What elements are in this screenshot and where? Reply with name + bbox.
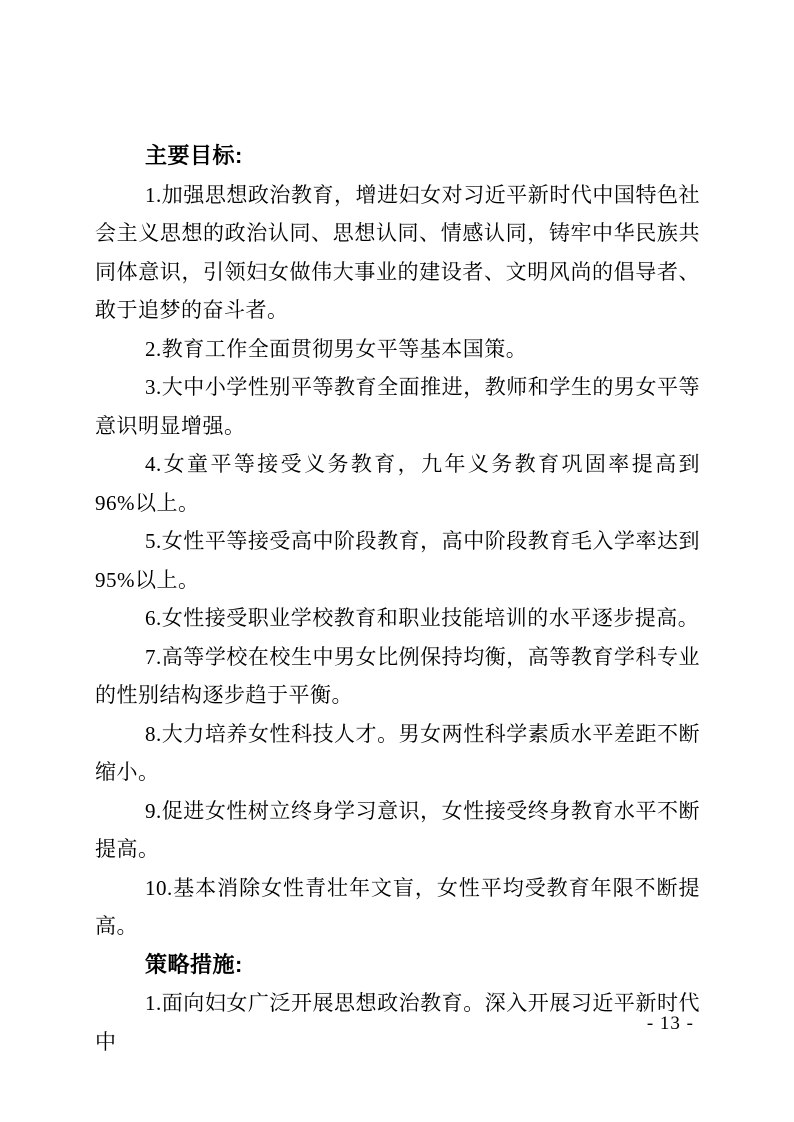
goal-item-4: 4.女童平等接受义务教育，九年义务教育巩固率提高到 96%以上。	[95, 445, 700, 522]
page-number: - 13 -	[647, 1012, 694, 1036]
goal-item-8: 8.大力培养女性科技人才。男女两性科学素质水平差距不断缩小。	[95, 715, 700, 792]
document-body: 主要目标: 1.加强思想政治教育，增进妇女对习近平新时代中国特色社会主义思想的政…	[95, 137, 700, 1061]
document-page: 主要目标: 1.加强思想政治教育，增进妇女对习近平新时代中国特色社会主义思想的政…	[0, 0, 794, 1122]
goal-item-10: 10.基本消除女性青壮年文盲，女性平均受教育年限不断提高。	[95, 869, 700, 946]
goal-item-5: 5.女性平等接受高中阶段教育，高中阶段教育毛入学率达到95%以上。	[95, 522, 700, 599]
goal-item-9: 9.促进女性树立终身学习意识，女性接受终身教育水平不断提高。	[95, 792, 700, 869]
goal-item-6: 6.女性接受职业学校教育和职业技能培训的水平逐步提高。	[95, 599, 700, 638]
goal-item-2: 2.教育工作全面贯彻男女平等基本国策。	[95, 330, 700, 369]
section-heading-strategic-measures: 策略措施:	[95, 946, 700, 985]
section-heading-main-goals: 主要目标:	[95, 137, 700, 176]
measure-item-1: 1.面向妇女广泛开展思想政治教育。深入开展习近平新时代中	[95, 984, 700, 1061]
goal-item-3: 3.大中小学性别平等教育全面推进，教师和学生的男女平等意识明显增强。	[95, 368, 700, 445]
goal-item-1: 1.加强思想政治教育，增进妇女对习近平新时代中国特色社会主义思想的政治认同、思想…	[95, 176, 700, 330]
goal-item-7: 7.高等学校在校生中男女比例保持均衡，高等教育学科专业的性别结构逐步趋于平衡。	[95, 638, 700, 715]
